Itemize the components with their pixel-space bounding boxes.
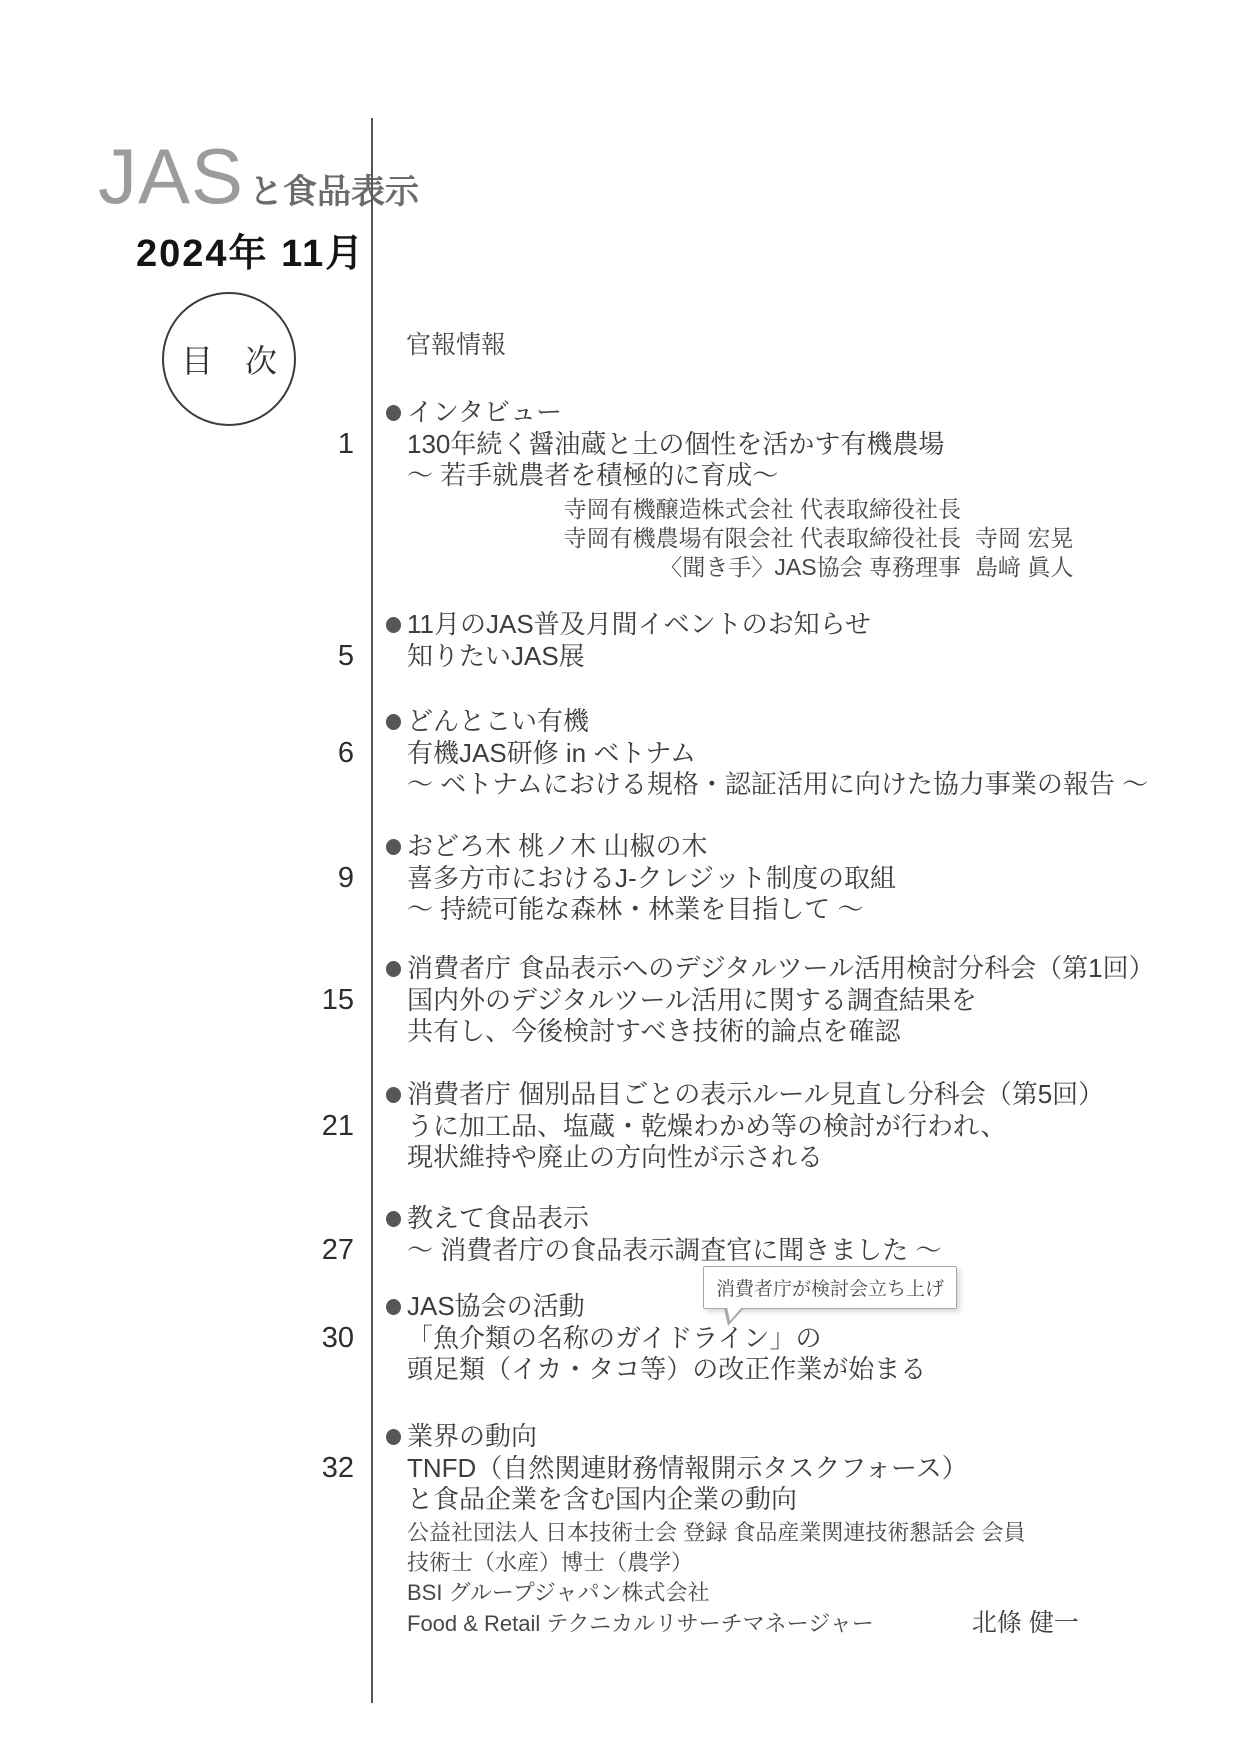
credit-line: 技術士（水産）博士（農学） bbox=[407, 1548, 1146, 1578]
toc-item-interview: インタビュー 130年続く醤油蔵と土の個性を活かす有機農場 ～ 若手就農者を積極… bbox=[386, 396, 1146, 582]
toc-item-oshiete-labeling: 教えて食品表示 ～ 消費者庁の食品表示調査官に聞きました ～ bbox=[386, 1202, 1146, 1266]
toc-item-title: 消費者庁 食品表示へのデジタルツール活用検討分科会（第1回） bbox=[407, 952, 1155, 985]
toc-item-title: おどろ木 桃ノ木 山椒の木 bbox=[407, 830, 707, 863]
toc-item-title: 11月のJAS普及月間イベントのお知らせ bbox=[407, 608, 871, 641]
page-number: 21 bbox=[262, 1111, 354, 1142]
toc-item-title: 業界の動向 bbox=[407, 1420, 537, 1453]
toc-item-industry-trends: 業界の動向 TNFD（自然関連財務情報開示タスクフォース） と食品企業を含む国内… bbox=[386, 1420, 1146, 1639]
toc-circle: 目 次 bbox=[162, 292, 296, 426]
credit-line: 公益社団法人 日本技術士会 登録 食品産業関連技術懇話会 会員 bbox=[407, 1518, 1146, 1548]
bullet-icon bbox=[386, 1429, 401, 1445]
toc-item-title: JAS協会の活動 bbox=[407, 1290, 585, 1323]
page-number: 32 bbox=[262, 1453, 354, 1484]
toc-page: JAS と食品表示 2024年 11月 目 次 1 5 6 9 15 21 27… bbox=[0, 0, 1241, 1754]
page-number: 5 bbox=[262, 641, 354, 672]
toc-item-title: 消費者庁 個別品目ごとの表示ルール見直し分科会（第5回） bbox=[407, 1078, 1104, 1111]
credit-line: BSI グループジャパン株式会社 bbox=[407, 1578, 1146, 1608]
page-number: 1 bbox=[262, 429, 354, 460]
credit-line: Food & Retail テクニカルリサーチマネージャー bbox=[407, 1611, 874, 1636]
toc-item-line: 頭足類（イカ・タコ等）の改正作業が始まる bbox=[386, 1354, 1146, 1385]
toc-item-line: 130年続く醤油蔵と土の個性を活かす有機農場 bbox=[386, 429, 1146, 460]
divider-line bbox=[371, 118, 373, 1703]
bullet-icon bbox=[386, 1211, 401, 1227]
gazette-info: 官報情報 bbox=[406, 330, 506, 360]
industry-credits: 公益社団法人 日本技術士会 登録 食品産業関連技術懇話会 会員 技術士（水産）博… bbox=[386, 1518, 1146, 1639]
credit-role: 寺岡有機農場有限会社 代表取締役社長 bbox=[564, 524, 961, 553]
bullet-icon bbox=[386, 714, 401, 730]
toc-item-line: 有機JAS研修 in ベトナム bbox=[386, 738, 1146, 769]
credit-name: 寺岡 宏晃 bbox=[975, 524, 1107, 553]
page-number: 27 bbox=[262, 1235, 354, 1266]
bullet-icon bbox=[386, 1087, 401, 1103]
toc-item-line: TNFD（自然関連財務情報開示タスクフォース） bbox=[386, 1453, 1146, 1484]
toc-item-line: と食品企業を含む国内企業の動向 bbox=[386, 1484, 1146, 1515]
toc-item-title: インタビュー bbox=[407, 396, 562, 429]
interview-credits: 寺岡有機醸造株式会社 代表取締役社長 寺岡有機農場有限会社 代表取締役社長 寺岡… bbox=[386, 495, 1107, 582]
issue-date: 2024年 11月 bbox=[136, 222, 365, 277]
toc-item-line: 「魚介類の名称のガイドライン」の bbox=[386, 1323, 1146, 1354]
toc-item-caa-label-rules: 消費者庁 個別品目ごとの表示ルール見直し分科会（第5回） うに加工品、塩蔵・乾燥… bbox=[386, 1078, 1146, 1173]
toc-item-line: 喜多方市におけるJ-クレジット制度の取組 bbox=[386, 863, 1146, 894]
logo-subtitle: と食品表示 bbox=[249, 164, 419, 213]
toc-item-jas-activities: JAS協会の活動 「魚介類の名称のガイドライン」の 頭足類（イカ・タコ等）の改正… bbox=[386, 1290, 1146, 1385]
credit-role: 〈聞き手〉JAS協会 専務理事 bbox=[659, 553, 961, 582]
toc-item-line: 国内外のデジタルツール活用に関する調査結果を bbox=[386, 985, 1146, 1016]
page-number: 15 bbox=[262, 985, 354, 1016]
toc-item-line: 知りたいJAS展 bbox=[386, 641, 1146, 672]
page-number: 9 bbox=[262, 863, 354, 894]
author-name: 北條 健一 bbox=[972, 1609, 1079, 1637]
credit-role: 寺岡有機醸造株式会社 代表取締役社長 bbox=[564, 495, 961, 524]
toc-circle-label: 目 次 bbox=[181, 336, 277, 382]
page-number: 30 bbox=[262, 1323, 354, 1354]
bullet-icon bbox=[386, 617, 401, 633]
toc-item-line: ～ ベトナムにおける規格・認証活用に向けた協力事業の報告 ～ bbox=[386, 769, 1146, 800]
bullet-icon bbox=[386, 839, 401, 855]
bullet-icon bbox=[386, 1299, 401, 1315]
toc-item-line: うに加工品、塩蔵・乾燥わかめ等の検討が行われ、 bbox=[386, 1111, 1146, 1142]
toc-item-line: 共有し、今後検討すべき技術的論点を確認 bbox=[386, 1016, 1146, 1047]
credit-name: 島﨑 眞人 bbox=[975, 553, 1107, 582]
credit-name bbox=[975, 495, 1107, 524]
toc-item-line: ～ 若手就農者を積極的に育成～ bbox=[386, 460, 1146, 491]
toc-item-title: どんとこい有機 bbox=[407, 705, 589, 738]
toc-item-dontokoi-organic: どんとこい有機 有機JAS研修 in ベトナム ～ ベトナムにおける規格・認証活… bbox=[386, 705, 1146, 800]
logo-jas: JAS bbox=[98, 136, 244, 216]
toc-item-odoroki: おどろ木 桃ノ木 山椒の木 喜多方市におけるJ-クレジット制度の取組 ～ 持続可… bbox=[386, 830, 1146, 925]
bullet-icon bbox=[386, 405, 401, 421]
toc-item-line: ～ 消費者庁の食品表示調査官に聞きました ～ bbox=[386, 1235, 1146, 1266]
toc-item-line: 現状維持や廃止の方向性が示される bbox=[386, 1142, 1146, 1173]
toc-item-line: ～ 持続可能な森林・林業を目指して ～ bbox=[386, 894, 1146, 925]
toc-item-title: 教えて食品表示 bbox=[407, 1202, 589, 1235]
page-number: 6 bbox=[262, 738, 354, 769]
toc-item-jas-month-event: 11月のJAS普及月間イベントのお知らせ 知りたいJAS展 bbox=[386, 608, 1146, 672]
bullet-icon bbox=[386, 961, 401, 977]
toc-item-caa-digital-tools: 消費者庁 食品表示へのデジタルツール活用検討分科会（第1回） 国内外のデジタルツ… bbox=[386, 952, 1146, 1047]
